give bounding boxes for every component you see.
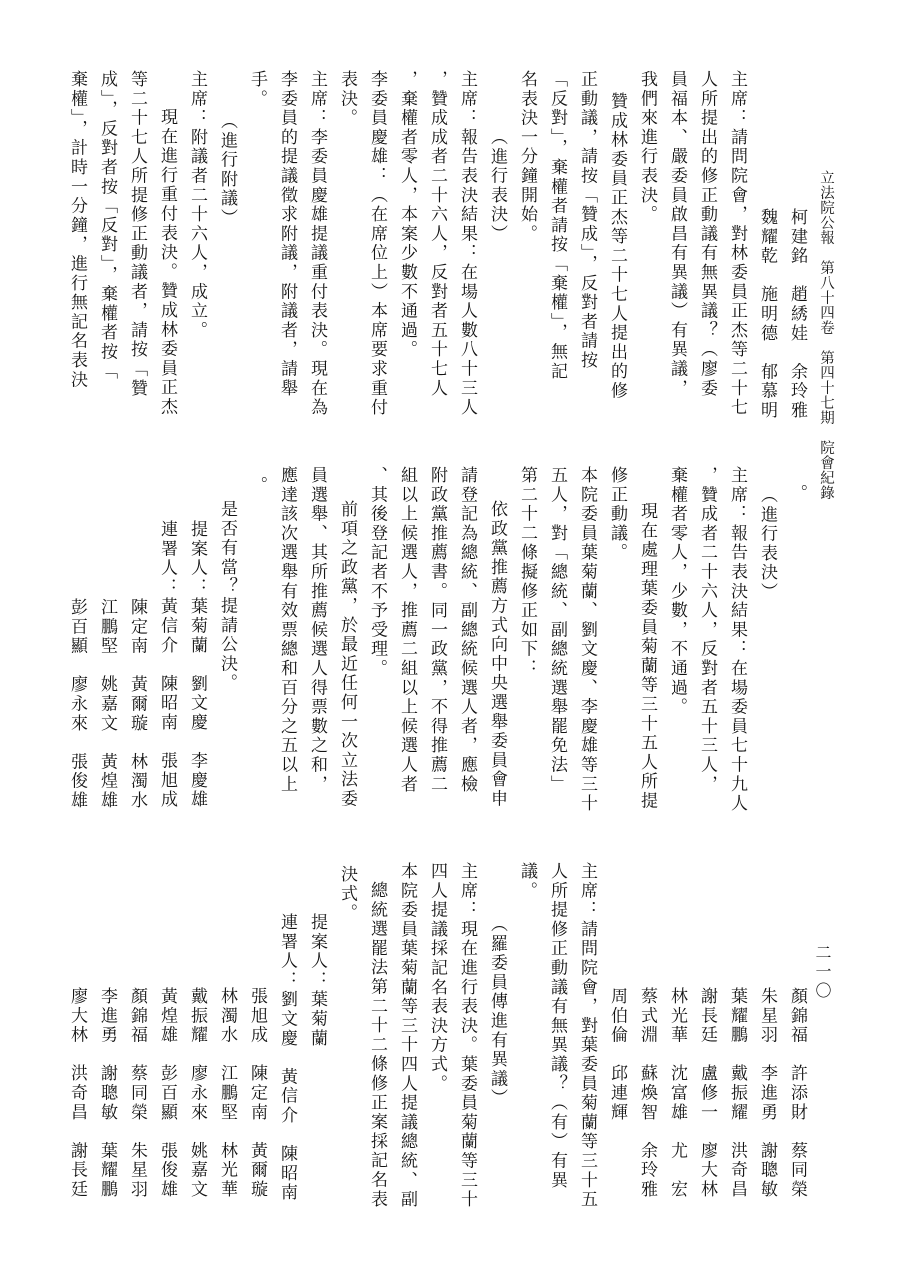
signatory-names-column: 張旭成 陳定南 黃爾璇 (242, 987, 272, 1249)
signatory-names-column: 顏錦福 蔡同榮 朱星羽 (122, 987, 152, 1249)
motion-text-column: 應達該次選舉有效票總和百分之五以上 (272, 466, 302, 850)
page-header-title: 立法院公報 第八十四卷 第四十七期 院會紀錄 (816, 170, 837, 510)
speech-continuation-column: 成」，反對者按「反對」，棄權者按「 (92, 70, 122, 452)
speech-continuation-column: 表決。 (332, 70, 362, 452)
signatory-names-column: 周伯倫 邱連輝 (602, 987, 632, 1249)
overflow-period-column: 。 (782, 484, 812, 850)
signatory-names-column: 林濁水 江鵬堅 林光華 (212, 987, 242, 1249)
speech-paragraph-column: 現在處理葉委員菊蘭等三十五人所提 (632, 502, 662, 850)
chair-speech-column: 主席：報告表決結果：在場委員七十九人 (722, 466, 752, 850)
member-speech-column: 李委員慶雄：（在席位上）本席要求重付 (362, 70, 392, 452)
speech-continuation-column: 李委員的提議徵求附議，附議者，請舉 (272, 70, 302, 452)
motion-text-column: 員選舉、其所推薦候選人得票數之和， (302, 466, 332, 850)
motion-text-column: 是否有當？提請公決。 (212, 500, 242, 850)
speech-continuation-column: 名表決一分鐘開始。 (512, 70, 542, 452)
motion-text-column: 本院委員葉菊蘭、劉文慶、李慶雄等三十 (572, 466, 602, 850)
motion-text-column: 總統選罷法第二十二條修正案採記名表 (362, 881, 392, 1249)
motion-text-column: 第二十二條擬修正如下： (512, 466, 542, 850)
cosigner-label-column: 連署人：黃信介 陳昭南 張旭成 (152, 520, 182, 850)
speech-continuation-column: 手。 (242, 70, 272, 452)
speech-paragraph-column: 現在進行重付表決。贊成林委員正杰 (152, 108, 182, 452)
speech-continuation-column: 修正動議。 (602, 466, 632, 850)
chair-speech-column: 主席：請問院會，對葉委員菊蘭等三十五 (572, 862, 602, 1249)
gazette-page: { "header": { "title": "立法院公報 第八十四卷 第四十七… (0, 0, 908, 1280)
speech-continuation-column: 人所提出的修正動議有無異議？（廖委 (692, 70, 722, 452)
signatory-names-column: 彭百顯 廖永來 張俊雄 (62, 598, 92, 850)
text-band-middle: 。（進行表決）主席：報告表決結果：在場委員七十九人，贊成者二十六人，反對者五十三… (62, 462, 812, 850)
chair-speech-column: 主席：現在進行表決。葉委員菊蘭等三十 (452, 862, 482, 1249)
signatory-names-column: 葉耀鵬 戴振耀 洪奇昌 (722, 987, 752, 1249)
signatory-names-column: 廖大林 洪奇昌 謝長廷 (62, 987, 92, 1249)
stage-direction-column: （進行表決） (752, 486, 782, 850)
speech-continuation-column: 等二十七人所提修正動議者，請按「贊 (122, 70, 152, 452)
motion-text-column: 決式。 (332, 865, 362, 1249)
signatory-names-column: 謝長廷 盧修一 廖大林 (692, 987, 722, 1249)
signatory-names-column: 戴振耀 廖永來 姚嘉文 (182, 987, 212, 1249)
chair-speech-column: 主席：報告表決結果：在場人數八十三人 (452, 70, 482, 452)
speech-continuation-column: 人所提修正動議有無異議？（有）有異 (542, 862, 572, 1249)
overflow-period-column: 。 (242, 476, 272, 850)
motion-text-column: 依政黨推薦方式向中央選舉委員會申 (482, 500, 512, 850)
signatory-names-column: 江鵬堅 姚嘉文 黃煌雄 (92, 598, 122, 850)
speech-continuation-column: 員福本、嚴委員啟昌有異議）有異議， (662, 70, 692, 452)
motion-text-column: 本院委員葉菊蘭等三十四人提議總統、副 (392, 862, 422, 1249)
motion-text-column: 請登記為總統、副總統候選人者，應檢 (452, 466, 482, 850)
page-number: 二一〇 (811, 944, 834, 1024)
motion-text-column: 附政黨推薦書。同一政黨，不得推薦二 (422, 466, 452, 850)
speech-paragraph-column: 贊成林委員正杰等二十七人提出的修 (602, 92, 632, 452)
text-band-bottom: 顏錦福 許添財 蔡同榮朱星羽 李進勇 謝聰敏葉耀鵬 戴振耀 洪奇昌謝長廷 盧修一… (62, 857, 812, 1249)
speech-continuation-column: 棄權」，計時一分鐘，進行無記名表決 (62, 70, 92, 452)
signatory-names-column: 柯建銘 趙綉娃 余玲雅 (782, 208, 812, 452)
cosigner-label-column: 連署人：劉文慶 黃信介 陳昭南 (272, 913, 302, 1249)
chair-speech-column: 主席：附議者二十六人，成立。 (182, 70, 212, 452)
motion-text-column: 組以上候選人，推薦二組以上候選人者 (392, 466, 422, 850)
motion-text-column: 五人，對「總統、副總統選舉罷免法」 (542, 466, 572, 850)
motion-text-column: 前項之政黨，於最近任何一次立法委 (332, 500, 362, 850)
speech-continuation-column: 議。 (512, 862, 542, 1249)
signatory-names-column: 陳定南 黃爾璇 林濁水 (122, 598, 152, 850)
signatory-names-column: 李進勇 謝聰敏 葉耀鵬 (92, 987, 122, 1249)
speech-continuation-column: 我們來進行表決。 (632, 70, 662, 452)
signatory-names-column: 黃煌雄 彭百顯 張俊雄 (152, 987, 182, 1249)
signatory-names-column: 蔡式淵 蘇煥智 余玲雅 (632, 987, 662, 1249)
speech-continuation-column: 正動議，請按「贊成」，反對者請按 (572, 70, 602, 452)
proposer-label-column: 提案人：葉菊蘭 劉文慶 李慶雄 (182, 520, 212, 850)
chair-speech-column: 主席：請問院會，對林委員正杰等二十七 (722, 70, 752, 452)
signatory-names-column: 顏錦福 許添財 蔡同榮 (782, 987, 812, 1249)
speech-continuation-column: ，贊成者二十六人，反對者五十三人， (692, 466, 722, 850)
signatory-names-column: 林光華 沈富雄 尤 宏 (662, 987, 692, 1249)
speech-continuation-column: ，棄權者零人，本案少數不通過。 (392, 70, 422, 452)
proposer-label-column: 提案人：葉菊蘭 (302, 913, 332, 1249)
stage-direction-column: （進行附議） (212, 112, 242, 452)
motion-text-column: 、其後登記者不予受理。 (362, 466, 392, 850)
speech-continuation-column: 「反對」，棄權者請按「棄權」，無記 (542, 70, 572, 452)
signatory-names-column: 魏耀乾 施明德 郁慕明 (752, 208, 782, 452)
stage-direction-column: （進行表決） (482, 128, 512, 452)
speech-continuation-column: ，贊成成者二十六人，反對者五十七人 (422, 70, 452, 452)
chair-speech-column: 主席：李委員慶雄提議重付表決。現在為 (302, 70, 332, 452)
text-band-top: 柯建銘 趙綉娃 余玲雅魏耀乾 施明德 郁慕明主席：請問院會，對林委員正杰等二十七… (62, 64, 812, 452)
speech-continuation-column: 四人提議採記名表決方式。 (422, 862, 452, 1249)
stage-direction-column: （羅委員傳進有異議） (482, 915, 512, 1249)
signatory-names-column: 朱星羽 李進勇 謝聰敏 (752, 987, 782, 1249)
speech-continuation-column: 棄權者零人，少數，不通過。 (662, 466, 692, 850)
